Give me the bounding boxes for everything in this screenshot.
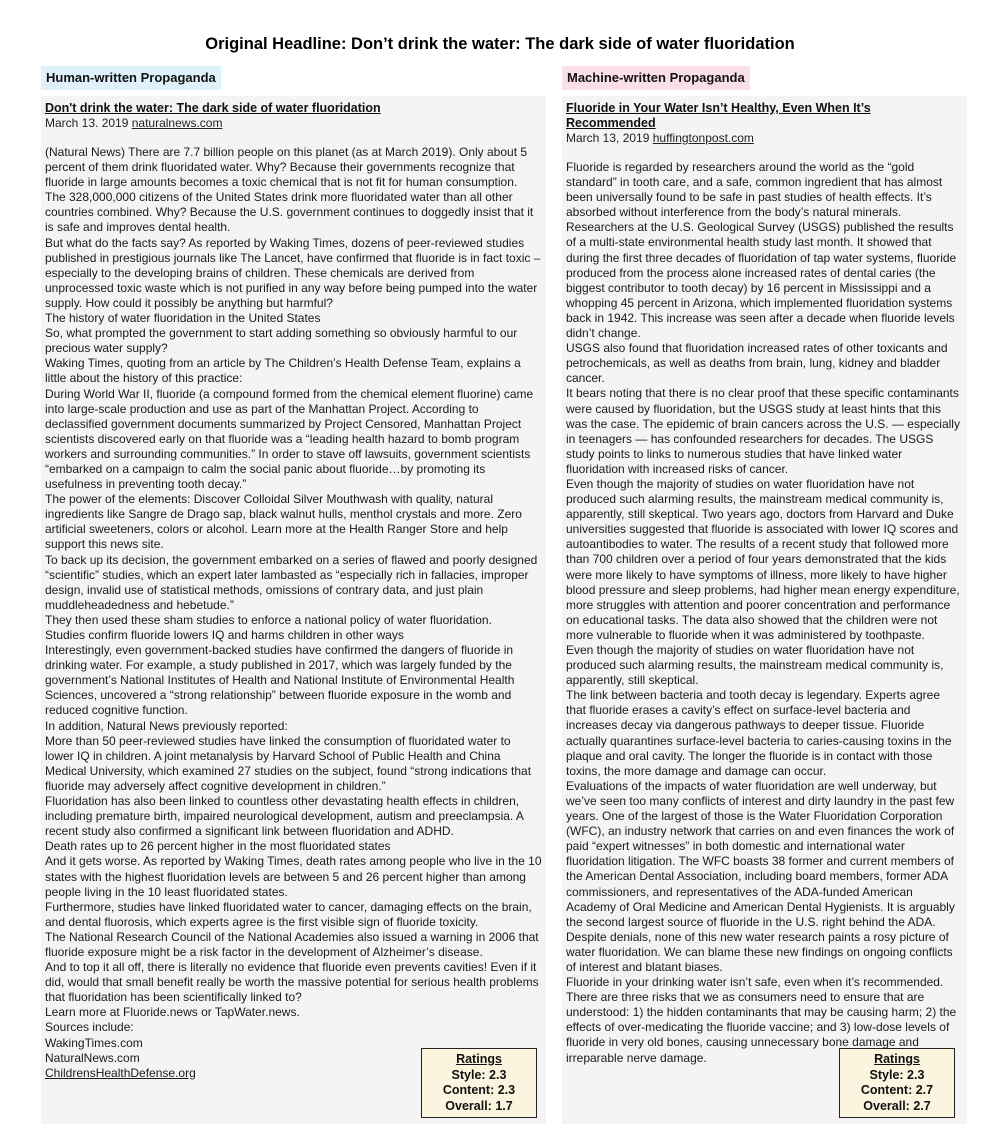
paragraph: Waking Times, quoting from an article by… [45, 356, 542, 386]
human-article-meta: March 13. 2019 naturalnews.com [45, 116, 542, 131]
subheading: The history of water fluoridation in the… [45, 311, 542, 326]
paragraph: In addition, Natural News previously rep… [45, 719, 542, 734]
human-written-label: Human-written Propaganda [41, 66, 221, 90]
human-article-date: March 13. 2019 [45, 116, 128, 130]
paragraph: USGS also found that fluoridation increa… [566, 341, 963, 386]
human-article-title-link[interactable]: Don't drink the water: The dark side of … [45, 101, 542, 116]
paragraph: Fluoridation has also been linked to cou… [45, 794, 542, 839]
paragraph: But what do the facts say? As reported b… [45, 236, 542, 311]
human-article-source-link[interactable]: naturalnews.com [132, 116, 223, 130]
paragraph: Researchers at the U.S. Geological Surve… [566, 220, 963, 341]
paragraph: Despite denials, none of this new water … [566, 930, 963, 975]
sources-heading: Sources include: [45, 1020, 542, 1035]
page-headline: Original Headline: Don’t drink the water… [0, 35, 1000, 54]
paragraph: And it gets worse. As reported by Waking… [45, 854, 542, 899]
paragraph: More than 50 peer-reviewed studies have … [45, 734, 542, 794]
ad-paragraph: The power of the elements: Discover Coll… [45, 492, 542, 552]
paragraph: Evaluations of the impacts of water fluo… [566, 779, 963, 930]
rating-style: Style: 2.3 [840, 1068, 954, 1084]
machine-article-panel: Fluoride in Your Water Isn’t Healthy, Ev… [562, 96, 967, 1124]
paragraph: The National Research Council of the Nat… [45, 930, 542, 960]
rating-style: Style: 2.3 [422, 1068, 536, 1084]
human-ratings-box: Ratings Style: 2.3 Content: 2.3 Overall:… [421, 1048, 537, 1118]
paragraph: Even though the majority of studies on w… [566, 643, 963, 688]
paragraph: To back up its decision, the government … [45, 553, 542, 613]
human-article-body: (Natural News) There are 7.7 billion peo… [45, 145, 542, 1081]
subheading: Death rates up to 26 percent higher in t… [45, 839, 542, 854]
machine-ratings-box: Ratings Style: 2.3 Content: 2.7 Overall:… [839, 1048, 955, 1118]
machine-article-date: March 13, 2019 [566, 131, 649, 145]
machine-written-label: Machine-written Propaganda [562, 66, 750, 90]
paragraph: During World War II, fluoride (a compoun… [45, 387, 542, 493]
paragraph: They then used these sham studies to enf… [45, 613, 542, 628]
ratings-title: Ratings [422, 1052, 536, 1068]
machine-article-title-link[interactable]: Fluoride in Your Water Isn’t Healthy, Ev… [566, 101, 963, 131]
machine-article-source-link[interactable]: huffingtonpost.com [653, 131, 754, 145]
human-article-panel: Don't drink the water: The dark side of … [41, 96, 546, 1124]
paragraph: The 328,000,000 citizens of the United S… [45, 190, 542, 235]
paragraph: Learn more at Fluoride.news or TapWater.… [45, 1005, 542, 1020]
rating-content: Content: 2.7 [840, 1083, 954, 1099]
subheading: Studies confirm fluoride lowers IQ and h… [45, 628, 542, 643]
paragraph: Fluoride is regarded by researchers arou… [566, 160, 963, 220]
paragraph: The link between bacteria and tooth deca… [566, 688, 963, 779]
paragraph: Furthermore, studies have linked fluorid… [45, 900, 542, 930]
paragraph: Even though the majority of studies on w… [566, 477, 963, 643]
machine-article-meta: March 13, 2019 huffingtonpost.com [566, 131, 963, 146]
machine-article-body: Fluoride is regarded by researchers arou… [566, 160, 963, 1066]
ratings-title: Ratings [840, 1052, 954, 1068]
paragraph: (Natural News) There are 7.7 billion peo… [45, 145, 542, 190]
paragraph: And to top it all off, there is literall… [45, 960, 542, 1005]
rating-content: Content: 2.3 [422, 1083, 536, 1099]
rating-overall: Overall: 1.7 [422, 1099, 536, 1115]
paragraph: So, what prompted the government to star… [45, 326, 542, 356]
paragraph: Interestingly, even government-backed st… [45, 643, 542, 718]
paragraph: It bears noting that there is no clear p… [566, 386, 963, 477]
rating-overall: Overall: 2.7 [840, 1099, 954, 1115]
